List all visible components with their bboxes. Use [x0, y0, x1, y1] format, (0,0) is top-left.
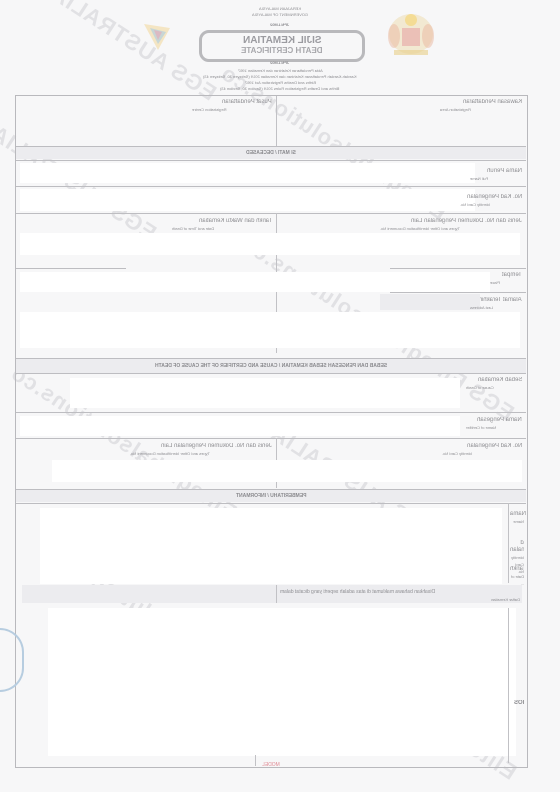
divider	[16, 213, 526, 214]
act-line: Kaedah-Kaedah Pendaftaran Kelahiran dan …	[170, 74, 390, 79]
last-address-label: Alamat TerakhirLast Address	[470, 297, 522, 311]
certificate-title-box: SIJIL KEMATIAN DEATH CERTIFICATE	[199, 30, 365, 62]
divider	[508, 608, 509, 763]
certifier-ic-label: No. Kad PengenalanIdentity Card No.	[442, 443, 522, 457]
redacted-signature-area	[48, 608, 516, 756]
certifier-other-id-label: Jenis dan No. Dokumen Pengenalan LainTyp…	[130, 443, 272, 457]
ministry-name: KERAJAAN MALAYSIA	[220, 6, 340, 11]
redacted-id-and-date	[20, 233, 520, 255]
coat-of-arms-icon	[386, 10, 436, 58]
informant-date-label: TarikhDate of ...	[510, 566, 524, 587]
other-id-document-label: Jenis dan No. Dokumen Pengenalan LainTyp…	[380, 218, 522, 232]
cause-of-death-label: Sebab KematianCause of Death	[466, 377, 522, 391]
form-reference: JPN.LM02	[220, 22, 340, 27]
red-stamp: MODEL	[262, 762, 280, 768]
divider	[16, 160, 526, 161]
redacted-informant-details	[40, 508, 502, 584]
place-label: TempatPlace	[490, 272, 522, 286]
date-time-of-death-label: Tarikh dan Waktu KematianDate and Time o…	[172, 218, 272, 232]
jpn-logo-icon	[140, 20, 174, 54]
section-cause-header: SEBAB DAN PENGESAH SEBAB KEMATIAN / CAUS…	[16, 359, 526, 373]
divider	[16, 412, 526, 413]
act-line-en: Births and Deaths Registration Rules 201…	[170, 86, 390, 91]
divider	[255, 755, 256, 766]
redacted-certifier-ids	[52, 460, 522, 482]
certification-text: Disahkan bahawa maklumat di atas adalah …	[280, 589, 520, 603]
act-line-en: Births and Deaths Registration Act 1957	[170, 80, 390, 85]
redacted-place	[20, 272, 490, 292]
redacted-ic-number	[20, 189, 475, 211]
full-name-label: Nama PenuhFull Name	[470, 168, 522, 182]
form-sub-reference: JPN.LM02	[220, 60, 340, 65]
ic-number-label: No. Kad PengenalanIdentity Card No.	[460, 194, 522, 208]
divider	[390, 268, 526, 269]
registration-centre-label: Pusat PendaftaranRegistration Centre	[192, 99, 272, 113]
redacted-address	[20, 312, 520, 348]
section-deceased-header: SI MATI / DECEASED	[16, 147, 526, 159]
side-code: IOS	[510, 700, 524, 707]
registration-area-label: Kawasan PendaftaranRegistration Area	[440, 99, 522, 113]
informant-name-label: NamaName	[510, 511, 524, 525]
divider	[276, 585, 277, 603]
act-line: Akta Pendaftaran Kelahiran dan Kematian …	[170, 68, 390, 73]
redacted-full-name	[20, 163, 475, 183]
divider	[390, 292, 526, 293]
certifier-name-label: Nama PengesahName of Certifier	[466, 417, 522, 431]
redacted-certifier-name	[20, 416, 460, 436]
divider	[16, 438, 526, 439]
divider	[16, 373, 526, 374]
divider	[276, 96, 277, 146]
divider	[508, 503, 509, 583]
ministry-name-en: GOVERNMENT OF MALAYSIA	[220, 12, 340, 17]
divider	[16, 268, 126, 269]
redacted-cause-of-death	[70, 378, 460, 408]
divider	[16, 186, 526, 187]
divider	[16, 503, 526, 504]
title-ms: SIJIL KEMATIAN	[202, 35, 362, 46]
shaded-area	[380, 294, 480, 310]
title-en: DEATH CERTIFICATE	[202, 46, 362, 55]
section-informant-header: PEMBERITAHU / INFORMANT	[16, 490, 526, 502]
